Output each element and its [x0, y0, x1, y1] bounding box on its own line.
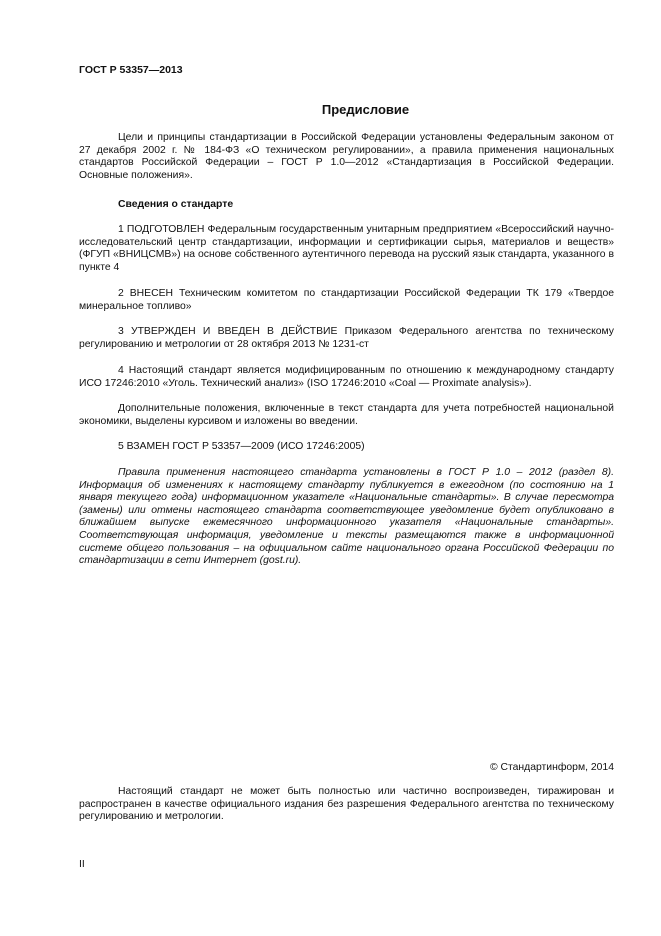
item-4: 4 Настоящий стандарт является модифициро… — [79, 365, 614, 390]
item-3: 3 УТВЕРЖДЕН И ВВЕДЕН В ДЕЙСТВИЕ Приказом… — [79, 326, 614, 351]
document-header: ГОСТ Р 53357—2013 — [79, 64, 183, 76]
item-2: 2 ВНЕСЕН Техническим комитетом по станда… — [79, 288, 614, 313]
intro-paragraph: Цели и принципы стандартизации в Российс… — [79, 132, 614, 182]
item-5: 5 ВЗАМЕН ГОСТ Р 53357—2009 (ИСО 17246:20… — [79, 441, 614, 454]
page-title: Предисловие — [0, 102, 661, 117]
italic-note: Правила применения настоящего стандарта … — [79, 467, 614, 568]
item-4-addendum: Дополнительные положения, включенные в т… — [79, 403, 614, 428]
copyright: © Стандартинформ, 2014 — [490, 762, 614, 773]
item-1: 1 ПОДГОТОВЛЕН Федеральным государственны… — [79, 224, 614, 274]
page-number: II — [79, 859, 85, 870]
section-heading: Сведения о стандарте — [79, 199, 614, 212]
copyright-notice: Настоящий стандарт не может быть полност… — [79, 786, 614, 824]
